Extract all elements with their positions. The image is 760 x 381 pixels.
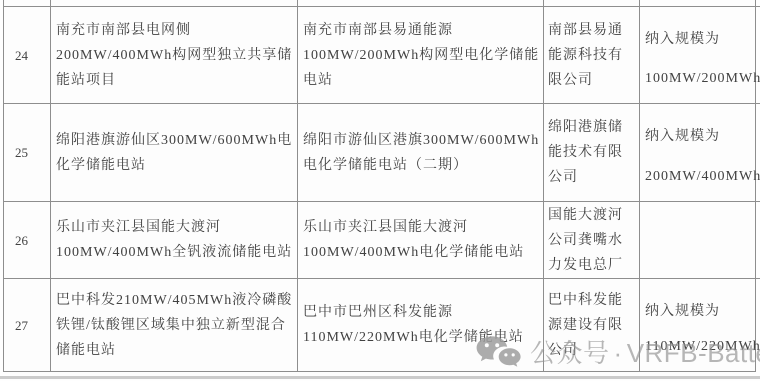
cell-row-index: 24	[4, 7, 51, 104]
partial-row-cell	[640, 0, 760, 7]
cell-project-name: 巴中科发210MW/405MWh液冷磷酸铁锂/钛酸锂区域集中独立新型混合储能电站	[51, 279, 298, 371]
project-name-alt-text: 绵阳市游仙区港旗300MW/600MWh电化学储能电站（二期）	[303, 128, 541, 178]
scale-label: 纳入规模为	[645, 124, 720, 149]
partial-row-cell	[4, 0, 51, 7]
partial-row-cell	[298, 0, 544, 7]
project-name-alt-text: 巴中市巴州区科发能源110MW/220MWh电化学储能电站	[303, 300, 541, 350]
row-index-label: 24	[15, 43, 28, 68]
row-index-label: 26	[15, 228, 28, 253]
project-name-text: 南充市南部县电网侧200MW/400MWh构网型独立共享储能站项目	[56, 18, 295, 93]
cell-project-name-alt: 乐山市夹江县国能大渡河100MW/400MWh电化学储能电站	[298, 202, 544, 279]
company-text: 国能大渡河公司龚嘴水力发电总厂	[548, 203, 637, 278]
scale-value: 110MW/220MWh	[645, 334, 760, 359]
company-text: 南部县易通能源科技有限公司	[548, 18, 637, 93]
cell-project-name: 绵阳港旗游仙区300MW/600MWh电化学储能电站	[51, 104, 298, 202]
document-page: 24 南充市南部县电网侧200MW/400MWh构网型独立共享储能站项目 南充市…	[0, 0, 760, 381]
cell-company: 巴中科发能源建设有限公司	[544, 279, 640, 371]
company-text: 绵阳港旗储能技术有限公司	[548, 115, 637, 190]
scale-label: 纳入规模为	[645, 299, 720, 324]
cell-row-index: 25	[4, 104, 51, 202]
cell-project-name-alt: 巴中市巴州区科发能源110MW/220MWh电化学储能电站	[298, 279, 544, 371]
partial-row-cell	[51, 0, 298, 7]
cell-company: 绵阳港旗储能技术有限公司	[544, 104, 640, 202]
row-index-label: 25	[15, 140, 28, 165]
project-name-alt-text: 乐山市夹江县国能大渡河100MW/400MWh电化学储能电站	[303, 215, 541, 265]
project-name-text: 乐山市夹江县国能大渡河100MW/400MWh全钒液流储能电站	[56, 215, 295, 265]
cell-row-index: 26	[4, 202, 51, 279]
project-name-text: 巴中科发210MW/405MWh液冷磷酸铁锂/钛酸锂区域集中独立新型混合储能电站	[56, 288, 295, 363]
cell-project-name-alt: 绵阳市游仙区港旗300MW/600MWh电化学储能电站（二期）	[298, 104, 544, 202]
cell-company: 国能大渡河公司龚嘴水力发电总厂	[544, 202, 640, 279]
scale-label: 纳入规模为	[645, 27, 720, 52]
scale-value: 200MW/400MWh	[645, 164, 760, 189]
row-index-label: 27	[15, 313, 28, 338]
company-text: 巴中科发能源建设有限公司	[548, 288, 637, 363]
cell-project-name-alt: 南充市南部县易通能源100MW/200MWh构网型电化学储能电站	[298, 7, 544, 104]
cell-scale	[640, 202, 760, 279]
cell-company: 南部县易通能源科技有限公司	[544, 7, 640, 104]
cell-scale: 纳入规模为 200MW/400MWh	[640, 104, 760, 202]
project-name-text: 绵阳港旗游仙区300MW/600MWh电化学储能电站	[56, 128, 295, 178]
cell-scale: 纳入规模为 100MW/200MWh	[640, 7, 760, 104]
cell-project-name: 南充市南部县电网侧200MW/400MWh构网型独立共享储能站项目	[51, 7, 298, 104]
project-name-alt-text: 南充市南部县易通能源100MW/200MWh构网型电化学储能电站	[303, 18, 541, 93]
screenshot-bottom-edge	[0, 376, 760, 379]
scale-value: 100MW/200MWh	[645, 66, 760, 91]
cell-row-index: 27	[4, 279, 51, 371]
project-table: 24 南充市南部县电网侧200MW/400MWh构网型独立共享储能站项目 南充市…	[3, 0, 756, 372]
cell-scale: 纳入规模为 110MW/220MWh	[640, 279, 760, 371]
partial-row-cell	[544, 0, 640, 7]
cell-project-name: 乐山市夹江县国能大渡河100MW/400MWh全钒液流储能电站	[51, 202, 298, 279]
